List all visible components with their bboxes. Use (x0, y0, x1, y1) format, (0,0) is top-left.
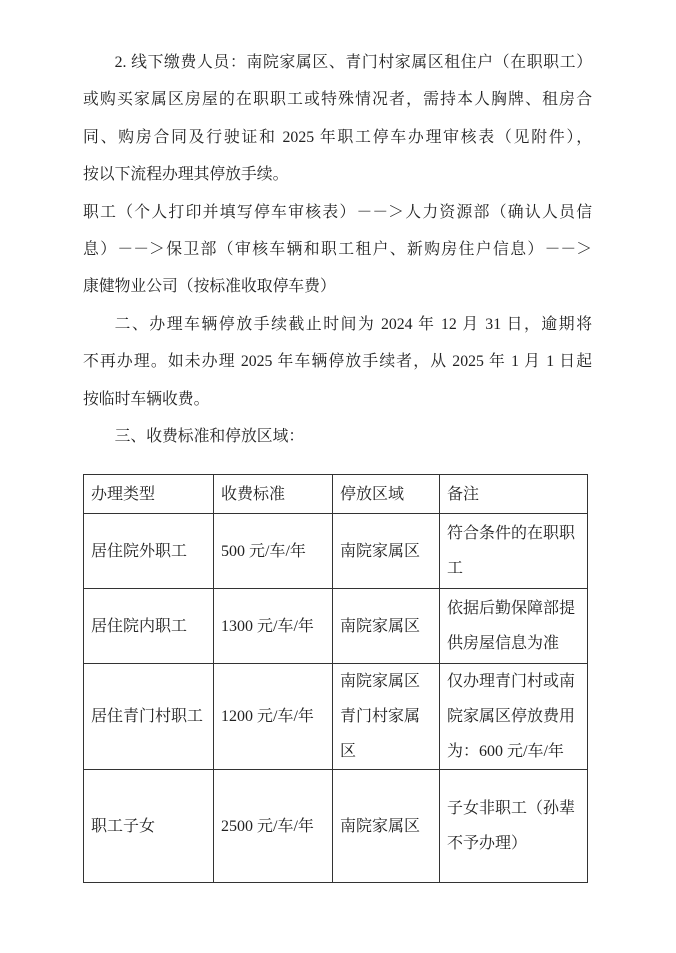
paragraph-line: 2. 线下缴费人员：南院家属区、青门村家属区租住户（在职职工） (83, 44, 592, 81)
cell-area: 南院家属区 (333, 770, 440, 883)
cell-type: 居住院内职工 (84, 589, 214, 664)
cell-fee: 1300 元/车/年 (214, 589, 333, 664)
paragraph-line: 按以下流程办理其停放手续。 (83, 156, 592, 193)
table-row: 居住院外职工 500 元/车/年 南院家属区 符合条件的在职职工 (84, 514, 588, 589)
paragraph-line: 不再办理。如未办理 2025 年车辆停放手续者，从 2025 年 1 月 1 日… (83, 343, 592, 380)
parking-fee-table: 办理类型 收费标准 停放区域 备注 居住院外职工 500 元/车/年 南院家属区… (83, 474, 588, 883)
table-header-row: 办理类型 收费标准 停放区域 备注 (84, 475, 588, 514)
cell-fee: 2500 元/车/年 (214, 770, 333, 883)
col-header-area: 停放区域 (333, 475, 440, 514)
cell-note: 符合条件的在职职工 (440, 514, 588, 589)
cell-fee: 500 元/车/年 (214, 514, 333, 589)
cell-type: 居住院外职工 (84, 514, 214, 589)
cell-area: 南院家属区青门村家属区 (333, 664, 440, 770)
table-row: 居住院内职工 1300 元/车/年 南院家属区 依据后勤保障部提供房屋信息为准 (84, 589, 588, 664)
flow-line: 息）－－＞保卫部（审核车辆和职工租户、新购房住户信息）－－＞ (83, 231, 592, 268)
body-text: 2. 线下缴费人员：南院家属区、青门村家属区租住户（在职职工） 或购买家属区房屋… (83, 44, 592, 455)
col-header-type: 办理类型 (84, 475, 214, 514)
table-row: 职工子女 2500 元/车/年 南院家属区 子女非职工（孙辈不予办理） (84, 770, 588, 883)
paragraph-line: 二、办理车辆停放手续截止时间为 2024 年 12 月 31 日，逾期将 (83, 306, 592, 343)
cell-note: 仅办理青门村或南院家属区停放费用为：600 元/车/年 (440, 664, 588, 770)
cell-fee: 1200 元/车/年 (214, 664, 333, 770)
flow-line: 职工（个人打印并填写停车审核表）－－＞人力资源部（确认人员信 (83, 194, 592, 231)
cell-type: 职工子女 (84, 770, 214, 883)
section-heading: 三、收费标准和停放区域： (83, 418, 592, 455)
cell-note: 依据后勤保障部提供房屋信息为准 (440, 589, 588, 664)
cell-area: 南院家属区 (333, 589, 440, 664)
cell-area: 南院家属区 (333, 514, 440, 589)
paragraph-line: 同、购房合同及行驶证和 2025 年职工停车办理审核表（见附件）， (83, 119, 592, 156)
flow-line: 康健物业公司（按标准收取停车费） (83, 268, 592, 305)
paragraph-line: 按临时车辆收费。 (83, 381, 592, 418)
paragraph-line: 或购买家属区房屋的在职职工或特殊情况者，需持本人胸牌、租房合 (83, 81, 592, 118)
col-header-fee: 收费标准 (214, 475, 333, 514)
col-header-note: 备注 (440, 475, 588, 514)
table-row: 居住青门村职工 1200 元/车/年 南院家属区青门村家属区 仅办理青门村或南院… (84, 664, 588, 770)
cell-note: 子女非职工（孙辈不予办理） (440, 770, 588, 883)
document-page: 2. 线下缴费人员：南院家属区、青门村家属区租住户（在职职工） 或购买家属区房屋… (0, 0, 676, 953)
cell-type: 居住青门村职工 (84, 664, 214, 770)
